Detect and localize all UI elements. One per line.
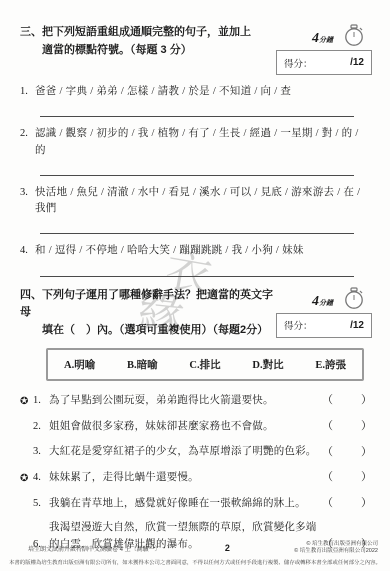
option-d: D.對比: [252, 357, 283, 372]
stopwatch-icon: [342, 287, 364, 311]
rhetoric-options-box: A.明喻 B.暗喻 C.排比 D.對比 E.誇張: [46, 348, 364, 381]
section3-question-1: 1. 爸爸 / 字典 / 弟弟 / 怎樣 / 請教 / 於是 / 不知道 / 向…: [20, 84, 372, 100]
answer-parentheses-4[interactable]: （）: [322, 469, 372, 487]
answer-line-3[interactable]: [40, 217, 354, 234]
key-question-star-icon: ✪: [20, 393, 33, 410]
answer-parentheses-3[interactable]: （）: [322, 444, 372, 462]
question-number: 3.: [33, 444, 49, 461]
option-a: A.明喻: [64, 357, 95, 372]
section4-question-2: 2. 姐姐會做很多家務，妹妹卻甚麼家務也不會做。 （）: [20, 418, 372, 436]
worksheet-page: 三、把下列短語重組成通順完整的句子，並加上 適當的標點符號。（每題 3 分） 4…: [0, 0, 390, 571]
timer-label: 4分鐘: [312, 29, 333, 47]
section4-score-box[interactable]: 得分： /12: [276, 313, 372, 338]
section3-question-2: 2. 認識 / 觀察 / 初步的 / 我 / 植物 / 有了 / 生長 / 經過…: [20, 126, 372, 159]
question-text: 爸爸 / 字典 / 弟弟 / 怎樣 / 請教 / 於是 / 不知道 / 向 / …: [35, 84, 372, 100]
section3-number: 三、: [20, 26, 42, 38]
timer-stopwatch-icon: 4分鐘: [312, 287, 364, 311]
question-text: 妹妹累了，走得比蝸牛還要慢。: [49, 470, 322, 487]
score-total: /12: [350, 320, 364, 331]
question-number: 3.: [20, 185, 35, 218]
timer-stopwatch-icon: 4分鐘: [312, 24, 364, 48]
answer-line-2[interactable]: [40, 159, 354, 176]
section4-question-5: 5. 我躺在青草地上，感覺就好像睡在一張軟綿綿的牀上。 （）: [20, 495, 372, 513]
page-footer: 培生朗文試前升級特訓中文測驗卷 4 上〔測驗一〕 2 © 培生教育出版亞洲有限公…: [0, 541, 390, 566]
question-number: 5.: [33, 496, 49, 513]
section3-title-line1: 三、把下列短語重組成通順完整的句子，並加上: [20, 24, 276, 42]
section4-question-4: ✪ 4. 妹妹累了，走得比蝸牛還要慢。 （）: [20, 469, 372, 487]
timer-label: 4分鐘: [312, 292, 333, 310]
copyright-line-2: © 培生教育出版亞洲有限公司2022: [294, 548, 378, 554]
section4-meta: 4分鐘 得分： /12: [276, 287, 372, 338]
section4-question-3: 3. 大紅花是愛穿紅裙子的少女，為草原增添了明艷的色彩。 （）: [20, 444, 372, 462]
section3-title-line2: 適當的標點符號。（每題 3 分）: [20, 42, 276, 60]
answer-parentheses-5[interactable]: （）: [322, 495, 372, 513]
page-number: 2: [225, 543, 230, 553]
footer-booklet-title: 培生朗文試前升級特訓中文測驗卷 4 上〔測驗一〕: [28, 544, 161, 553]
section3-header: 三、把下列短語重組成通順完整的句子，並加上 適當的標點符號。（每題 3 分） 4…: [20, 24, 372, 75]
section3-score-box[interactable]: 得分： /12: [276, 50, 372, 75]
question-number: 2.: [20, 126, 35, 159]
section3-title: 三、把下列短語重組成通順完整的句子，並加上 適當的標點符號。（每題 3 分）: [20, 24, 276, 59]
option-e: E.誇張: [315, 357, 346, 372]
question-text: 我躺在青草地上，感覺就好像睡在一張軟綿綿的牀上。: [49, 496, 322, 513]
question-text: 快活地 / 魚兒 / 清澈 / 水中 / 看見 / 溪水 / 可以 / 見底 /…: [35, 185, 372, 218]
answer-line-4[interactable]: [40, 260, 354, 277]
answer-parentheses-2[interactable]: （）: [322, 418, 372, 436]
footer-publisher: © 培生教育出版亞洲有限公司 © 培生教育出版亞洲有限公司2022: [294, 541, 378, 556]
question-number: 1.: [33, 393, 49, 410]
section4-header: 四、下列句子運用了哪種修辭手法？把適當的英文字母 填在（ ）內。（選項可重複使用…: [20, 287, 372, 340]
question-text: 認識 / 觀察 / 初步的 / 我 / 植物 / 有了 / 生長 / 經過 / …: [35, 126, 372, 159]
answer-line-1[interactable]: [40, 100, 354, 117]
question-number: 1.: [20, 84, 35, 100]
copyright-line-1: © 培生教育出版亞洲有限公司: [306, 541, 378, 547]
stopwatch-icon: [342, 24, 364, 48]
question-number: 4.: [20, 243, 35, 259]
question-text: 大紅花是愛穿紅裙子的少女，為草原增添了明艷的色彩。: [49, 444, 322, 461]
key-question-star-icon: ✪: [20, 470, 33, 487]
question-text: 姐姐會做很多家務，妹妹卻甚麼家務也不會做。: [49, 419, 322, 436]
question-number: 4.: [33, 470, 49, 487]
question-text: 和 / 逗得 / 不停地 / 哈哈大笑 / 蹦蹦跳跳 / 我 / 小狗 / 妹妹: [35, 243, 372, 259]
section4-title-line1: 四、下列句子運用了哪種修辭手法？把適當的英文字母: [20, 287, 276, 322]
question-number: 2.: [33, 419, 49, 436]
section4-title-line2: 填在（ ）內。（選項可重複使用）（每題2分）: [20, 322, 276, 340]
option-b: B.暗喻: [127, 357, 158, 372]
section4-number: 四、: [20, 289, 42, 301]
score-total: /12: [350, 57, 364, 68]
section3-meta: 4分鐘 得分： /12: [276, 24, 372, 75]
section4-title: 四、下列句子運用了哪種修辭手法？把適當的英文字母 填在（ ）內。（選項可重複使用…: [20, 287, 276, 340]
answer-parentheses-1[interactable]: （）: [322, 392, 372, 410]
score-label: 得分：: [284, 318, 313, 332]
section3-question-4: 4. 和 / 逗得 / 不停地 / 哈哈大笑 / 蹦蹦跳跳 / 我 / 小狗 /…: [20, 243, 372, 259]
question-text: 為了早點到公園玩耍，弟弟跑得比火箭還要快。: [49, 393, 322, 410]
footer-legal-notice: 本書的版權為培生教育出版亞洲有限公司所有，如未獲得本公司之書面同意，不得以任何方…: [4, 558, 386, 566]
option-c: C.排比: [189, 357, 220, 372]
section4-question-1: ✪ 1. 為了早點到公園玩耍，弟弟跑得比火箭還要快。 （）: [20, 392, 372, 410]
score-label: 得分：: [284, 56, 313, 70]
section3-question-3: 3. 快活地 / 魚兒 / 清澈 / 水中 / 看見 / 溪水 / 可以 / 見…: [20, 185, 372, 218]
